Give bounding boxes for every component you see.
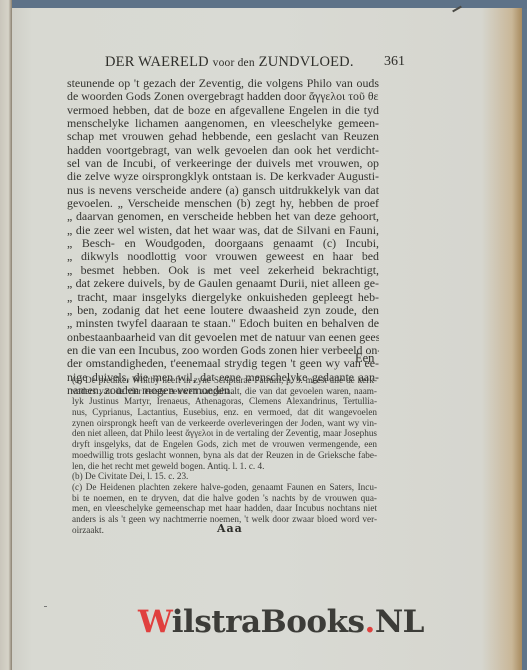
footnotes: (a) De prediker Whitby heeft in zyne Scr… bbox=[72, 375, 377, 535]
text-line: „ die zeer wel wisten, dat het waar was,… bbox=[67, 224, 379, 237]
footnote-line: moedwillig trots geslacht wonnen, byna a… bbox=[72, 450, 377, 461]
footnote-line: den niet alleen, dat Philo leest ἄγγελοι… bbox=[72, 428, 377, 439]
footnote-line: vaders van de vier eerste eeuwen aangeha… bbox=[72, 386, 377, 397]
running-title: DER WAERELD voor den ZUNDVLOED. bbox=[105, 54, 354, 71]
footnote-line: (b) De Civitate Dei, l. 15. c. 23. bbox=[72, 471, 377, 482]
footnote-line: (c) De Heidenen plachten zekere halve-go… bbox=[72, 482, 377, 493]
text-line: menschelyke lichamen aangenomen, en vlee… bbox=[67, 117, 379, 130]
text-line: schap met vrouwen gehad hebbende, een ge… bbox=[67, 130, 379, 143]
page-header: DER WAERELD voor den ZUNDVLOED. 361 bbox=[105, 54, 395, 70]
text-line: „ minsten twyfel daaraan te staan." Edoc… bbox=[67, 317, 379, 330]
text-line: de woorden Gods Zonen overgebragt hadden… bbox=[67, 90, 379, 103]
footnote-line: zynen oirsprongk heeft van de verkeerde … bbox=[72, 418, 377, 429]
text-line: steunende op 't gezach der Zeventig, die… bbox=[67, 77, 379, 90]
footnote-line: bi te noemen, en te dryven, dat die halv… bbox=[72, 493, 377, 504]
footnote-line: nus, Cyprianus, Lactantius, Eusebius, en… bbox=[72, 407, 377, 418]
running-title-part-3: ZUNDVLOED. bbox=[255, 54, 354, 70]
text-line: nus is nevens verscheide andere (a) gans… bbox=[67, 184, 379, 197]
footnote-line: (a) De prediker Whitby heeft in zyne Scr… bbox=[72, 375, 377, 386]
watermark-initial: W bbox=[138, 604, 172, 640]
text-line: „ Besch- en Woudgoden, doorgaans genaamt… bbox=[67, 237, 379, 250]
text-line: „ besmet hebben. Ook is met veel zekerhe… bbox=[67, 264, 379, 277]
footnote-line: men, en vleeschelyke gemeenschap met haa… bbox=[72, 503, 377, 514]
text-line: „ dikwyls noodlottig voor vrouwen gewees… bbox=[67, 250, 379, 263]
text-line: gevoelen. „ Verscheide menschen (b) zegt… bbox=[67, 197, 379, 210]
footnote-line: dryft insgelyks, dat de Engelen Gods, zi… bbox=[72, 439, 377, 450]
signature-mark: Aaa bbox=[217, 522, 243, 535]
text-line: en die van een Incubus, zoo worden Gods … bbox=[67, 344, 379, 357]
watermark-dot: . bbox=[365, 604, 375, 640]
text-line: „ ben, zodanig dat het eene loutere dwaa… bbox=[67, 304, 379, 317]
text-line: der omstandigheden, t'eenemaal strydig t… bbox=[67, 357, 379, 370]
footnote-line: lyk Justinus Martyr, Irenaeus, Athenagor… bbox=[72, 396, 377, 407]
watermark-middle: ilstraBooks bbox=[172, 604, 365, 640]
running-title-part-1: DER WAERELD bbox=[105, 54, 213, 70]
text-line: vermoed hebben, dat de boze en afgevalle… bbox=[67, 104, 379, 117]
body-text: steunende op 't gezach der Zeventig, die… bbox=[67, 77, 379, 397]
catchword: Een bbox=[355, 351, 374, 366]
text-line: sel van de Incubi, of verkeeringe der du… bbox=[67, 157, 379, 170]
text-line: „ dat zekere duivels, by de Gaulen genaa… bbox=[67, 277, 379, 290]
watermark-logo: WilstraBooks.NL bbox=[138, 604, 424, 640]
page-gutter bbox=[0, 0, 12, 670]
text-line: die zelve wyze oirsprongklyk ontstaan is… bbox=[67, 170, 379, 183]
footnote-line: len, die het recht met geweld bogen. Ant… bbox=[72, 461, 377, 472]
paper-speck bbox=[44, 606, 47, 607]
watermark-suffix: NL bbox=[375, 604, 424, 640]
page-number: 361 bbox=[384, 54, 405, 70]
text-line: onbestaanbaarheid van dit gevoelen met d… bbox=[67, 331, 379, 344]
text-line: „ daarvan genomen, en verscheide hebben … bbox=[67, 210, 379, 223]
running-title-part-2: voor den bbox=[213, 57, 255, 69]
text-line: „ tracht, maar insgelyks diergelyke onku… bbox=[67, 291, 379, 304]
text-line: hadden voortgebragt, van welk gevoelen d… bbox=[67, 144, 379, 157]
